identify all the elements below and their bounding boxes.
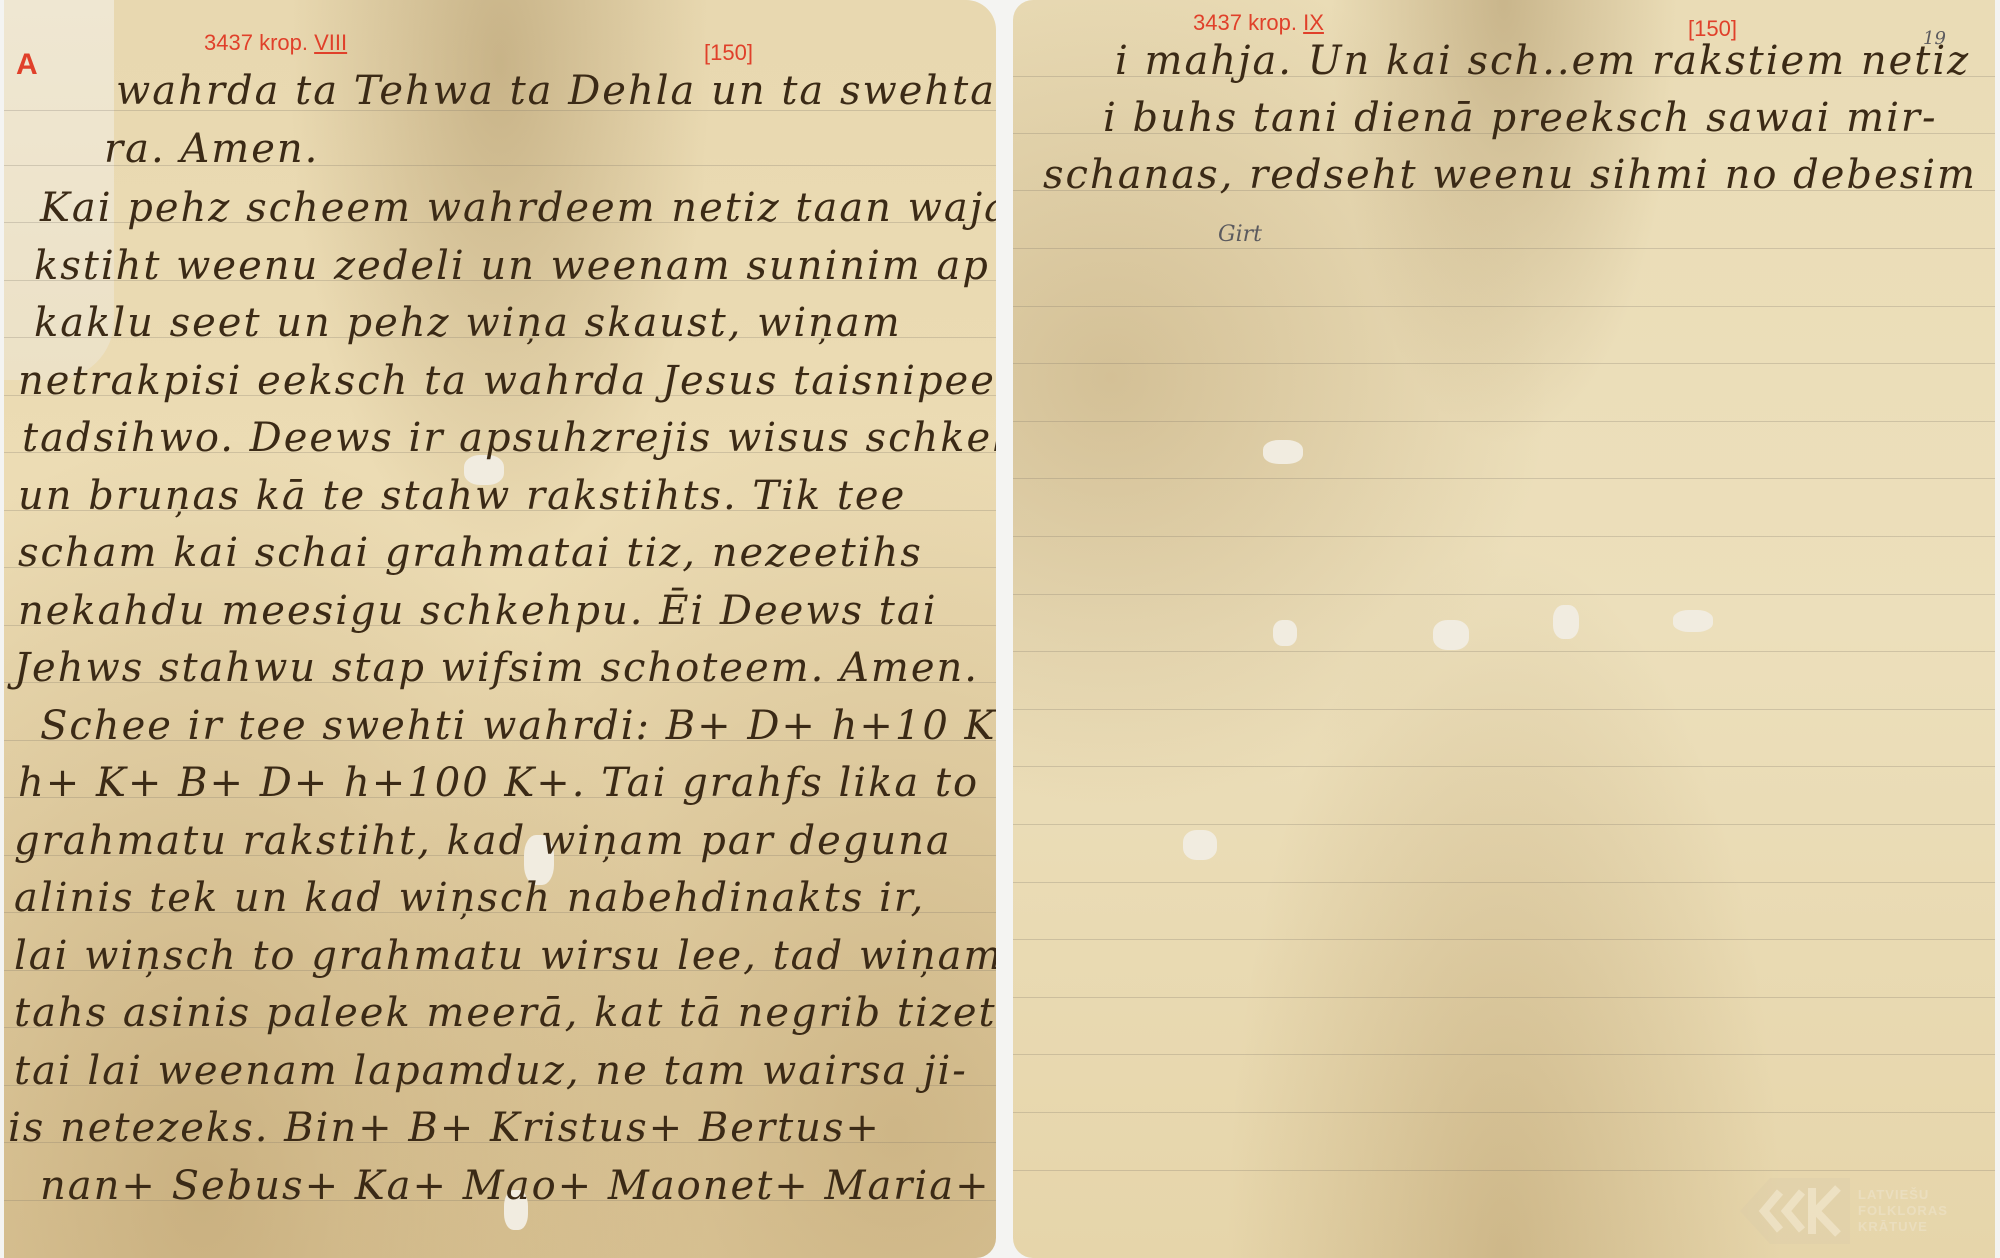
archive-name: LATVIEŠU FOLKLORAS KRĀTUVE (1858, 1187, 1948, 1235)
manuscript-line: Jehws stahwu stap wifsim schoteem. Amen. (14, 645, 979, 691)
manuscript-line: un bruņas kā te stahw rakstihts. Tik tee (18, 473, 906, 519)
archive-logo-icon (1740, 1178, 1850, 1244)
manuscript-line: i buhs tani dienā preeksch sawai mir- (1103, 95, 1938, 141)
manuscript-line: Schee ir tee swehti wahrdi: B+ D+ h+10 K… (40, 703, 996, 749)
manuscript-line: tahs asinis paleek meerā, kat tā negrib … (14, 990, 996, 1036)
right-manuscript-page: 3437 krop. IX [150] 19 i mahja. Un kai s… (1013, 0, 1995, 1258)
manuscript-line: is netezeks. Bin+ B+ Kristus+ Bertus+ (8, 1105, 881, 1151)
catalog-number: 3437 (1193, 10, 1242, 35)
manuscript-line: ra. Amen. (104, 126, 319, 172)
manuscript-line: grahmatu rakstiht, kad wiņam par deguna (14, 818, 952, 864)
archive-watermark: LATVIEŠU FOLKLORAS KRĀTUVE (1740, 1176, 1980, 1246)
catalog-suffix: krop. (259, 30, 308, 55)
catalog-volume: IX (1303, 10, 1324, 35)
manuscript-line: h+ K+ B+ D+ h+100 K+. Tai grahfs lika to (18, 760, 979, 806)
manuscript-line: i mahja. Un kai sch..em rakstiem netiz (1115, 38, 1970, 84)
catalog-suffix: krop. (1248, 10, 1297, 35)
bracket-number-left: [150] (704, 40, 753, 66)
manuscript-line: lai wiņsch to grahmatu wirsu lee, tad wi… (14, 933, 996, 979)
catalog-note-right: 3437 krop. IX (1193, 10, 1324, 36)
corner-mark: A (16, 48, 38, 82)
manuscript-line: nan+ Sebus+ Ka+ Mao+ Maonet+ Maria+ Jasp… (40, 1163, 996, 1209)
catalog-volume: VIII (314, 30, 347, 55)
manuscript-line: wahrda ta Tehwa ta Dehla un ta swehta (116, 68, 996, 114)
left-manuscript-page: A 3437 krop. VIII [150] wahrda ta Tehwa … (4, 0, 996, 1258)
catalog-note-left: 3437 krop. VIII (204, 30, 347, 56)
manuscript-line: netrakpisi eeksch ta wahrda Jesus taisni… (18, 358, 996, 404)
manuscript-line: nekahdu meesigu schkehpu. Ēi Deews tai (18, 588, 938, 634)
manuscript-line: alinis tek un kad wiņsch nabehdinakts ir… (14, 875, 925, 921)
manuscript-line: scham kai schai grahmatai tiz, nezeetihs (18, 530, 923, 576)
manuscript-line: kstiht weenu zedeli un weenam suninim ap (34, 243, 990, 289)
manuscript-line: schanas, redseht weenu sihmi no debesim (1043, 152, 1977, 198)
manuscript-line: kaklu seet un pehz wiņa skaust, wiņam (34, 300, 902, 346)
manuscript-line: Kai pehz scheem wahrdeem netiz taan waja… (40, 185, 996, 231)
catalog-number: 3437 (204, 30, 253, 55)
pencil-note: Girt (1218, 222, 1262, 247)
manuscript-line: tadsihwo. Deews ir apsuhzrejis wisus sch… (22, 415, 996, 461)
manuscript-line: tai lai weenam lapamduz, ne tam wairsa j… (14, 1048, 968, 1094)
